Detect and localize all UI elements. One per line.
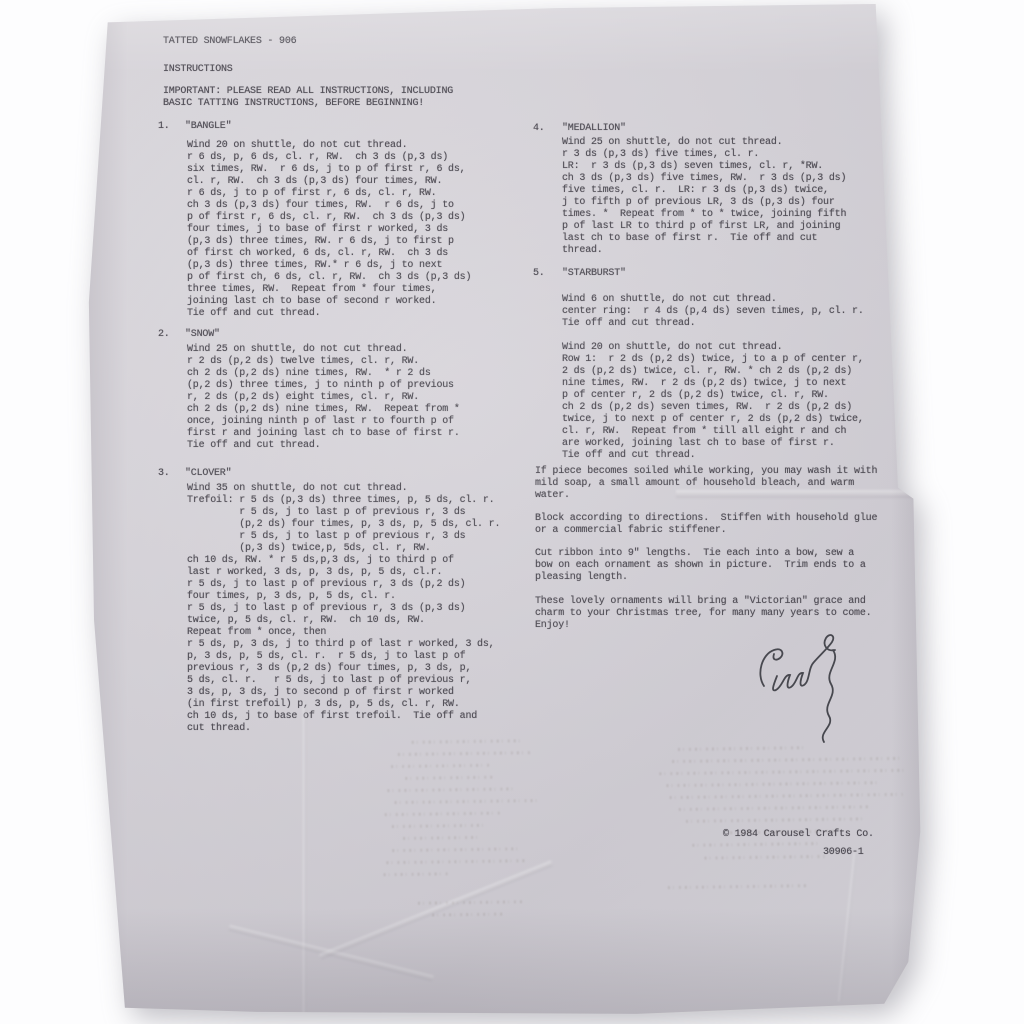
- bleed-through-right: [590, 745, 907, 899]
- section-1-number: 1.: [158, 121, 170, 133]
- section-3-label: "CLOVER": [185, 468, 231, 480]
- blocking-paragraph: Block according to directions. Stiffen w…: [535, 513, 877, 537]
- photo-background: { "page": { "title": "TATTED SNOWFLAKES …: [0, 0, 1024, 1024]
- section-4-number: 4.: [533, 123, 545, 135]
- instruction-sheet-photo: TATTED SNOWFLAKES - 906 INSTRUCTIONS IMP…: [76, 2, 934, 1020]
- section-5-label: "STARBURST": [562, 268, 626, 280]
- section-5-body: Wind 6 on shuttle, do not cut thread. ce…: [562, 294, 864, 462]
- paper-sheet: TATTED SNOWFLAKES - 906 INSTRUCTIONS IMP…: [76, 2, 934, 1020]
- section-4-label: "MEDALLION": [562, 123, 626, 135]
- signature-scrawl: [744, 624, 854, 744]
- section-5-number: 5.: [533, 268, 545, 280]
- crease-line: [228, 925, 433, 982]
- section-3-number: 3.: [158, 468, 170, 480]
- section-1-label: "BANGLE": [185, 121, 231, 133]
- ribbon-paragraph: Cut ribbon into 9" lengths. Tie each int…: [535, 548, 866, 584]
- section-2-number: 2.: [158, 329, 170, 341]
- important-notice: IMPORTANT: PLEASE READ ALL INSTRUCTIONS,…: [163, 86, 453, 110]
- section-2-label: "SNOW": [185, 329, 220, 341]
- section-3-body: Wind 35 on shuttle, do not cut thread. T…: [187, 483, 500, 735]
- page-title: TATTED SNOWFLAKES - 906: [163, 36, 296, 48]
- section-1-body: Wind 20 on shuttle, do not cut thread. r…: [187, 140, 471, 320]
- section-4-body: Wind 25 on shuttle, do not cut thread. r…: [562, 137, 846, 257]
- section-2-body: Wind 25 on shuttle, do not cut thread. r…: [187, 344, 460, 452]
- bleed-through-left: [380, 739, 563, 926]
- page-heading: INSTRUCTIONS: [163, 64, 233, 76]
- crease-line: [303, 702, 306, 1014]
- care-paragraph: If piece becomes soiled while working, y…: [535, 466, 877, 502]
